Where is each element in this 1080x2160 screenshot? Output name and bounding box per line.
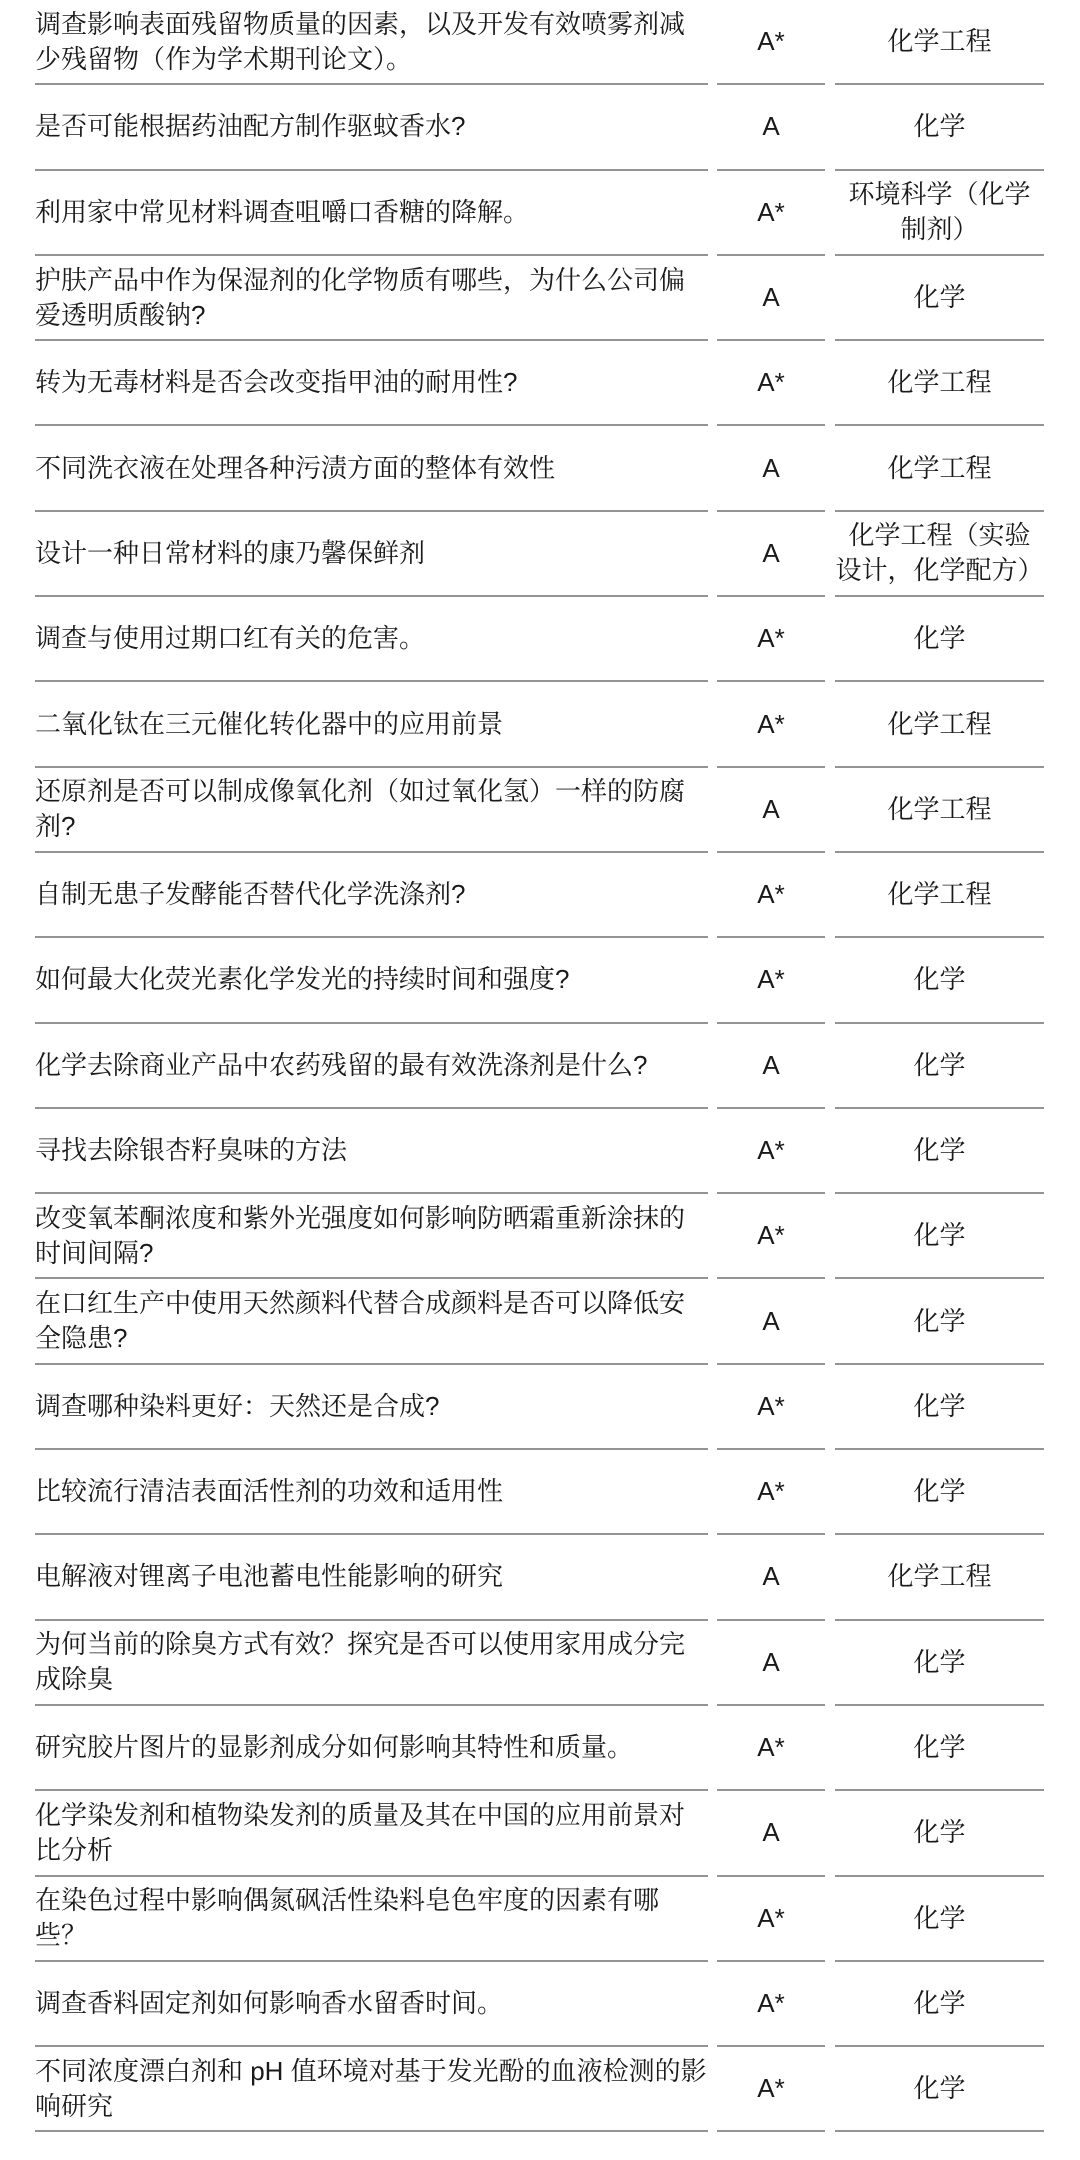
subject-value: 化学 — [835, 938, 1044, 1023]
project-title: 为何当前的除臭方式有效？探究是否可以使用家用成分完成除臭 — [35, 1621, 708, 1706]
subject-value: 化学 — [835, 1791, 1044, 1876]
subject-value: 化学 — [835, 1279, 1044, 1364]
project-title: 利用家中常见材料调查咀嚼口香糖的降解。 — [35, 171, 708, 256]
table-row: 调查影响表面残留物质量的因素，以及开发有效喷雾剂减少残留物（作为学术期刊论文）。… — [35, 0, 1080, 85]
project-title: 在染色过程中影响偶氮砜活性染料皂色牢度的因素有哪些？ — [35, 1877, 708, 1962]
project-title: 是否可能根据药油配方制作驱蚊香水? — [35, 85, 708, 170]
grade-value: A — [717, 1621, 825, 1706]
project-title: 如何最大化荧光素化学发光的持续时间和强度? — [35, 938, 708, 1023]
subject-value: 化学 — [835, 1365, 1044, 1450]
subject-value: 化学 — [835, 1962, 1044, 2047]
table-row: 转为无毒材料是否会改变指甲油的耐用性? A* 化学工程 — [35, 341, 1080, 426]
table-row: 二氧化钛在三元催化转化器中的应用前景 A* 化学工程 — [35, 682, 1080, 767]
project-title: 寻找去除银杏籽臭味的方法 — [35, 1109, 708, 1194]
grades-table: 调查影响表面残留物质量的因素，以及开发有效喷雾剂减少残留物（作为学术期刊论文）。… — [0, 0, 1080, 2132]
grade-value: A — [717, 1791, 825, 1876]
grade-value: A — [717, 1279, 825, 1364]
subject-value: 化学 — [835, 1877, 1044, 1962]
subject-value: 化学工程 — [835, 341, 1044, 426]
project-title: 电解液对锂离子电池蓄电性能影响的研究 — [35, 1535, 708, 1620]
project-title: 研究胶片图片的显影剂成分如何影响其特性和质量。 — [35, 1706, 708, 1791]
grade-value: A* — [717, 1109, 825, 1194]
subject-value: 化学 — [835, 256, 1044, 341]
grade-value: A* — [717, 1450, 825, 1535]
grade-value: A* — [717, 0, 825, 85]
project-title: 调查与使用过期口红有关的危害。 — [35, 597, 708, 682]
subject-value: 化学工程 — [835, 0, 1044, 85]
grade-value: A* — [717, 853, 825, 938]
subject-value: 化学 — [835, 1024, 1044, 1109]
project-title: 自制无患子发酵能否替代化学洗涤剂? — [35, 853, 708, 938]
table-row: 电解液对锂离子电池蓄电性能影响的研究 A 化学工程 — [35, 1535, 1080, 1620]
project-title: 二氧化钛在三元催化转化器中的应用前景 — [35, 682, 708, 767]
project-title: 改变氧苯酮浓度和紫外光强度如何影响防晒霜重新涂抹的时间间隔? — [35, 1194, 708, 1279]
subject-value: 化学 — [835, 1109, 1044, 1194]
project-title: 不同洗衣液在处理各种污渍方面的整体有效性 — [35, 426, 708, 511]
table-row: 化学染发剂和植物染发剂的质量及其在中国的应用前景对比分析 A 化学 — [35, 1791, 1080, 1876]
grade-value: A* — [717, 171, 825, 256]
table-row: 调查香料固定剂如何影响香水留香时间。 A* 化学 — [35, 1962, 1080, 2047]
table-row: 设计一种日常材料的康乃馨保鲜剂 A 化学工程（实验 设计，化学配方） — [35, 512, 1080, 597]
subject-value: 化学工程 — [835, 426, 1044, 511]
project-title: 设计一种日常材料的康乃馨保鲜剂 — [35, 512, 708, 597]
grade-value: A — [717, 426, 825, 511]
table-row: 自制无患子发酵能否替代化学洗涤剂? A* 化学工程 — [35, 853, 1080, 938]
table-row: 比较流行清洁表面活性剂的功效和适用性 A* 化学 — [35, 1450, 1080, 1535]
table-row: 化学去除商业产品中农药残留的最有效洗涤剂是什么? A 化学 — [35, 1024, 1080, 1109]
subject-value: 化学 — [835, 1194, 1044, 1279]
table-row: 不同洗衣液在处理各种污渍方面的整体有效性 A 化学工程 — [35, 426, 1080, 511]
subject-value: 化学 — [835, 1621, 1044, 1706]
project-title: 在口红生产中使用天然颜料代替合成颜料是否可以降低安全隐患? — [35, 1279, 708, 1364]
grade-value: A* — [717, 597, 825, 682]
subject-value: 化学 — [835, 85, 1044, 170]
project-title: 化学染发剂和植物染发剂的质量及其在中国的应用前景对比分析 — [35, 1791, 708, 1876]
subject-value: 化学工程（实验 设计，化学配方） — [835, 512, 1044, 597]
table-row: 寻找去除银杏籽臭味的方法 A* 化学 — [35, 1109, 1080, 1194]
project-title: 还原剂是否可以制成像氧化剂（如过氧化氢）一样的防腐剂? — [35, 768, 708, 853]
subject-value: 化学工程 — [835, 1535, 1044, 1620]
grade-value: A* — [717, 938, 825, 1023]
grade-value: A* — [717, 341, 825, 426]
table-row: 是否可能根据药油配方制作驱蚊香水? A 化学 — [35, 85, 1080, 170]
table-row: 还原剂是否可以制成像氧化剂（如过氧化氢）一样的防腐剂? A 化学工程 — [35, 768, 1080, 853]
table-row: 改变氧苯酮浓度和紫外光强度如何影响防晒霜重新涂抹的时间间隔? A* 化学 — [35, 1194, 1080, 1279]
subject-value: 化学 — [835, 1706, 1044, 1791]
grade-value: A — [717, 85, 825, 170]
grade-value: A* — [717, 2047, 825, 2132]
grade-value: A* — [717, 1962, 825, 2047]
grade-value: A* — [717, 1194, 825, 1279]
table-row: 在染色过程中影响偶氮砜活性染料皂色牢度的因素有哪些？ A* 化学 — [35, 1877, 1080, 1962]
subject-value: 化学 — [835, 2047, 1044, 2132]
grade-value: A — [717, 256, 825, 341]
table-row: 在口红生产中使用天然颜料代替合成颜料是否可以降低安全隐患? A 化学 — [35, 1279, 1080, 1364]
subject-value: 化学工程 — [835, 682, 1044, 767]
table-row: 调查哪种染料更好：天然还是合成? A* 化学 — [35, 1365, 1080, 1450]
subject-value: 化学工程 — [835, 768, 1044, 853]
table-row: 不同浓度漂白剂和 pH 值环境对基于发光酚的血液检测的影响研究 A* 化学 — [35, 2047, 1080, 2132]
table-row: 护肤产品中作为保湿剂的化学物质有哪些，为什么公司偏爱透明质酸钠? A 化学 — [35, 256, 1080, 341]
subject-value: 化学 — [835, 597, 1044, 682]
project-title: 调查影响表面残留物质量的因素，以及开发有效喷雾剂减少残留物（作为学术期刊论文）。 — [35, 0, 708, 85]
project-title: 化学去除商业产品中农药残留的最有效洗涤剂是什么? — [35, 1024, 708, 1109]
grade-value: A* — [717, 1877, 825, 1962]
grade-value: A* — [717, 1365, 825, 1450]
table-row: 研究胶片图片的显影剂成分如何影响其特性和质量。 A* 化学 — [35, 1706, 1080, 1791]
project-title: 比较流行清洁表面活性剂的功效和适用性 — [35, 1450, 708, 1535]
grade-value: A — [717, 1024, 825, 1109]
grade-value: A* — [717, 1706, 825, 1791]
subject-value: 环境科学（化学 制剂） — [835, 171, 1044, 256]
table-row: 调查与使用过期口红有关的危害。 A* 化学 — [35, 597, 1080, 682]
table-row: 如何最大化荧光素化学发光的持续时间和强度? A* 化学 — [35, 938, 1080, 1023]
project-title: 调查哪种染料更好：天然还是合成? — [35, 1365, 708, 1450]
subject-value: 化学工程 — [835, 853, 1044, 938]
project-title: 护肤产品中作为保湿剂的化学物质有哪些，为什么公司偏爱透明质酸钠? — [35, 256, 708, 341]
project-title: 调查香料固定剂如何影响香水留香时间。 — [35, 1962, 708, 2047]
table-row: 为何当前的除臭方式有效？探究是否可以使用家用成分完成除臭 A 化学 — [35, 1621, 1080, 1706]
subject-value: 化学 — [835, 1450, 1044, 1535]
grade-value: A — [717, 1535, 825, 1620]
project-title: 不同浓度漂白剂和 pH 值环境对基于发光酚的血液检测的影响研究 — [35, 2047, 708, 2132]
table-row: 利用家中常见材料调查咀嚼口香糖的降解。 A* 环境科学（化学 制剂） — [35, 171, 1080, 256]
project-title: 转为无毒材料是否会改变指甲油的耐用性? — [35, 341, 708, 426]
grade-value: A* — [717, 682, 825, 767]
grade-value: A — [717, 768, 825, 853]
grade-value: A — [717, 512, 825, 597]
